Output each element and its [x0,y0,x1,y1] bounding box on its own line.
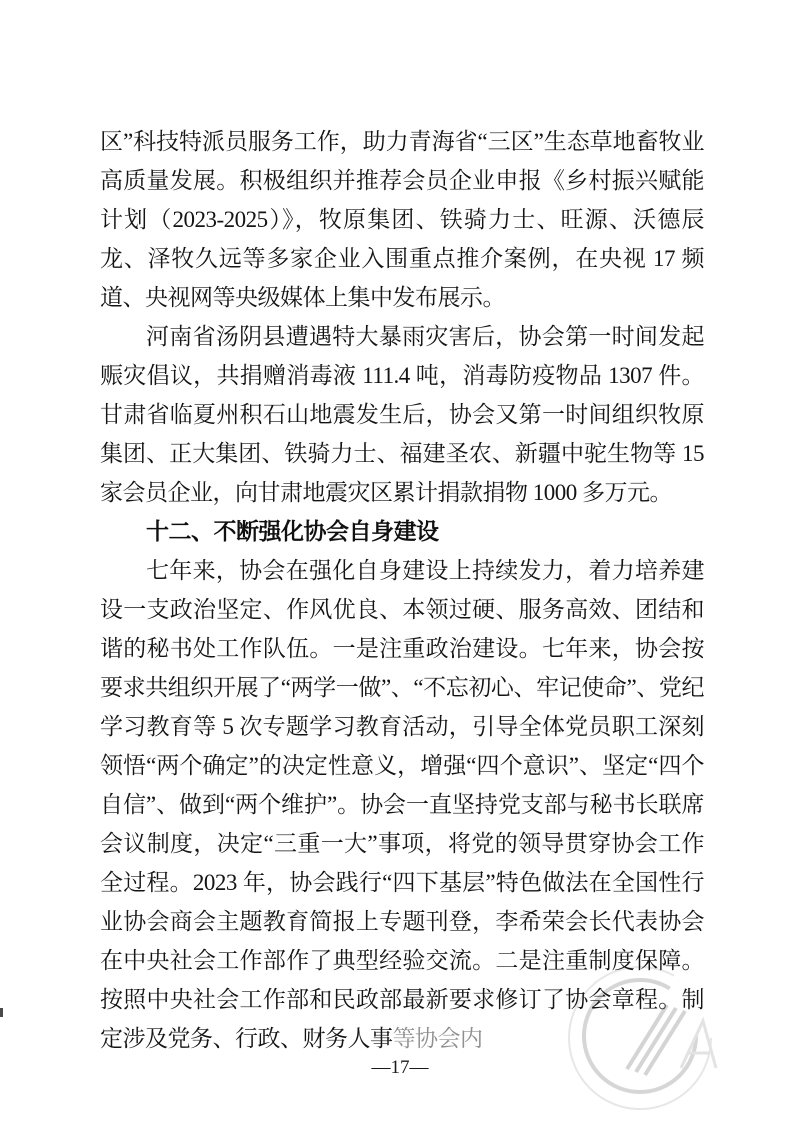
scan-artifact [0,1008,3,1017]
paragraph-continuation: 区”科技特派员服务工作，助力青海省“三区”生态草地畜牧业高质量发展。积极组织并推… [100,122,704,317]
document-body: 区”科技特派员服务工作，助力青海省“三区”生态草地畜牧业高质量发展。积极组织并推… [100,122,704,1058]
paragraph-text: 七年来，协会在强化自身建设上持续发力，着力培养建设一支政治坚定、作风优良、本领过… [100,558,704,1051]
page-footer: —17— [0,1055,800,1081]
paragraph-self-building: 七年来，协会在强化自身建设上持续发力，着力培养建设一支政治坚定、作风优良、本领过… [100,551,704,1058]
document-page: 区”科技特派员服务工作，助力青海省“三区”生态草地畜牧业高质量发展。积极组织并推… [0,0,800,1131]
page-number: —17— [372,1057,429,1078]
section-heading: 十二、不断强化协会自身建设 [100,512,704,551]
paragraph-faded-tail: 等协会内 [393,1026,483,1051]
paragraph-disaster-relief: 河南省汤阴县遭遇特大暴雨灾害后，协会第一时间发起赈灾倡议，共捐赠消毒液 111.… [100,317,704,512]
